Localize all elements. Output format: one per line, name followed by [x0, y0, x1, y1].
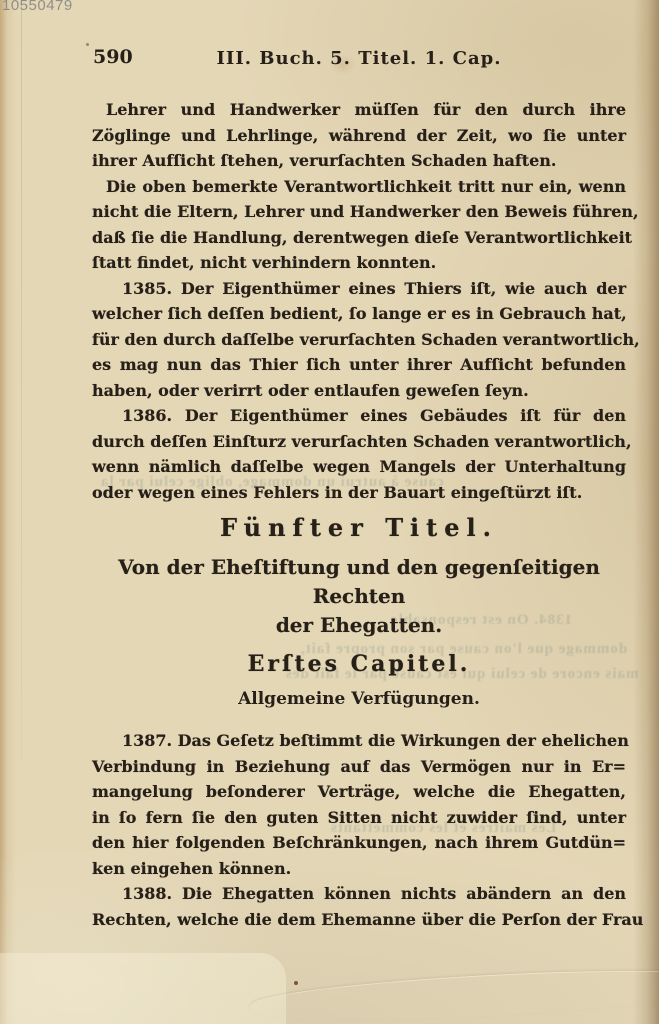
bottom-light-patch: [0, 953, 286, 1024]
text-line: welcher ſich deſſen bedient, ſo lange er…: [92, 301, 626, 327]
title-subtitle-line2: der Ehegatten.: [92, 611, 626, 640]
text-line: Verbindung in Beziehung auf das Vermögen…: [92, 754, 626, 780]
title-heading: Fünfter Titel.: [92, 513, 626, 543]
text-line: ſtatt findet, nicht verhindern konnten.: [92, 250, 626, 276]
vertical-crease: [21, 0, 22, 760]
paragraph-liability-proof: Die oben bemerkte Verantwortlichkeit tri…: [92, 174, 626, 276]
text-line: den hier folgenden Beſchränkungen, nach …: [92, 830, 626, 856]
text-line: wenn nämlich daſſelbe wegen Mangels der …: [92, 454, 626, 480]
text-line: durch deſſen Einſturz verurſachten Schad…: [92, 429, 626, 455]
text-column: Lehrer und Handwerker müſſen für den dur…: [92, 97, 626, 932]
text-line: Rechten, welche die dem Ehemanne über di…: [92, 907, 626, 933]
paragraph-liability-teachers: Lehrer und Handwerker müſſen für den dur…: [92, 97, 626, 174]
paragraph-1388: 1388. Die Ehegatten können nichts abände…: [92, 881, 626, 932]
text-line: für den durch daſſelbe verurſachten Scha…: [92, 327, 626, 353]
text-line: Lehrer und Handwerker müſſen für den dur…: [92, 97, 626, 123]
text-line: in ſo fern ſie den guten Sitten nicht zu…: [92, 805, 626, 831]
ink-speck: [86, 43, 89, 46]
text-line: Zöglinge und Lehrlinge, während der Zeit…: [92, 123, 626, 149]
chapter-subtitle: Allgemeine Verfügungen.: [92, 687, 626, 711]
text-line: daß ſie die Handlung, derentwegen dieſe …: [92, 225, 626, 251]
ink-speck: [294, 981, 298, 985]
running-header: III. Buch. 5. Titel. 1. Cap.: [92, 48, 626, 69]
text-line: 1388. Die Ehegatten können nichts abände…: [92, 881, 626, 907]
text-line: nicht die Eltern, Lehrer und Handwerker …: [92, 199, 626, 225]
text-line: Die oben bemerkte Verantwortlichkeit tri…: [92, 174, 626, 200]
text-line: es mag nun das Thier ſich unter ihrer Au…: [92, 352, 626, 378]
paragraph-1385: 1385. Der Eigenthümer eines Thiers iſt, …: [92, 276, 626, 404]
text-line: ihrer Aufſicht ſtehen, verurſachten Scha…: [92, 148, 626, 174]
scan-id: 10550479: [2, 0, 73, 14]
text-line: haben, oder verirrt oder entlaufen geweſ…: [92, 378, 626, 404]
text-line: mangelung beſonderer Verträge, welche di…: [92, 779, 626, 805]
text-line: oder wegen eines Fehlers in der Bauart e…: [92, 480, 626, 506]
paragraph-1386: 1386. Der Eigenthümer eines Gebäudes iſt…: [92, 403, 626, 505]
title-subtitle: Von der Eheſtiftung und den gegenſeitige…: [92, 553, 626, 640]
text-line: ken eingehen können.: [92, 856, 626, 882]
book-page: cause à autrui un dommage, oblige celui …: [0, 0, 659, 1024]
bottom-crease: [249, 962, 659, 1024]
text-line: 1387. Das Geſetz beſtimmt die Wirkungen …: [92, 728, 626, 754]
text-line: 1386. Der Eigenthümer eines Gebäudes iſt…: [92, 403, 626, 429]
paragraph-1387: 1387. Das Geſetz beſtimmt die Wirkungen …: [92, 728, 626, 881]
chapter-heading: Erſtes Capitel.: [92, 650, 626, 678]
text-line: 1385. Der Eigenthümer eines Thiers iſt, …: [92, 276, 626, 302]
title-subtitle-line1: Von der Eheſtiftung und den gegenſeitige…: [92, 553, 626, 611]
